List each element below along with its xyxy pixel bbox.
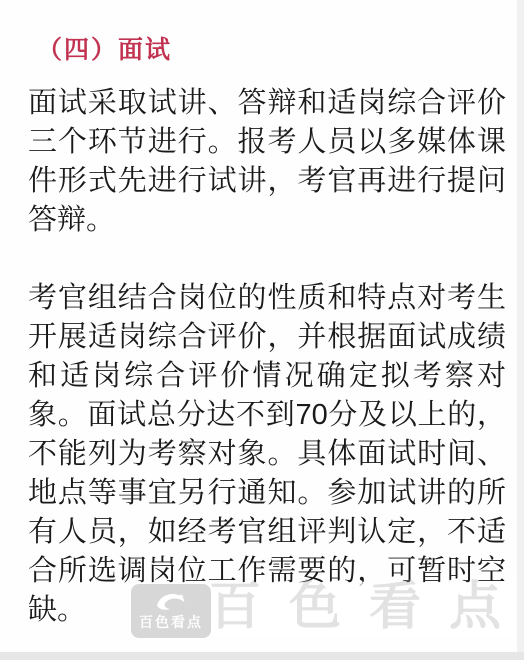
watermark-badge-label: 百色看点 <box>139 614 203 630</box>
bottom-divider <box>0 652 524 660</box>
page-edge-shade <box>517 0 524 660</box>
watermark-large-text: 百色看点 <box>209 579 524 635</box>
section-heading: （四）面试 <box>37 35 172 65</box>
document-page: （四）面试 面试采取试讲、答辩和适岗综合评价三个环节进行。报考人员以多媒体课件形… <box>0 0 524 660</box>
swirl-logo-icon <box>154 592 188 614</box>
watermark: 百色看点 百色看点 <box>130 582 516 636</box>
article-body: 面试采取试讲、答辩和适岗综合评价三个环节进行。报考人员以多媒体课件形式先进行试讲… <box>28 84 506 630</box>
watermark-badge: 百色看点 <box>131 584 211 638</box>
body-paragraph: 面试采取试讲、答辩和适岗综合评价三个环节进行。报考人员以多媒体课件形式先进行试讲… <box>28 84 506 240</box>
